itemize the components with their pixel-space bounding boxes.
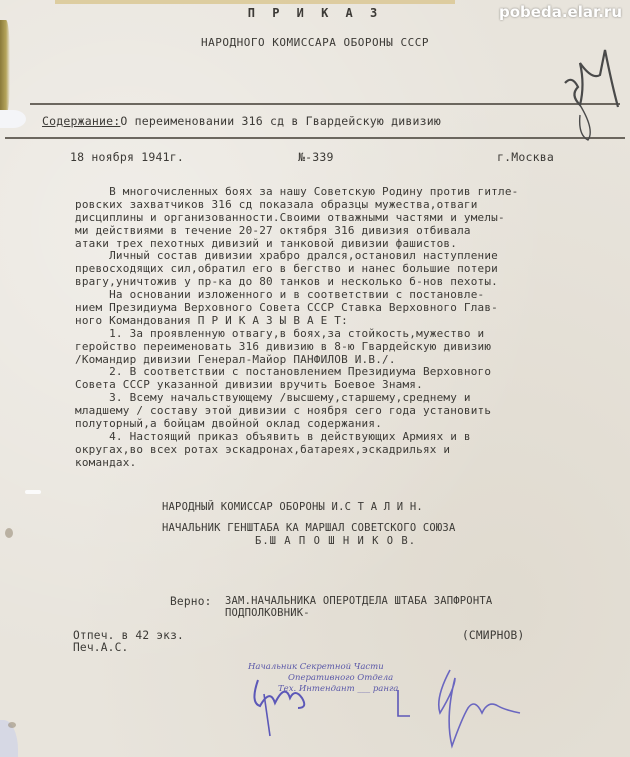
divider bbox=[5, 137, 625, 139]
copies-note: Отпеч. в 42 экз. bbox=[73, 630, 184, 641]
body-line: округах,во всех ротах эскадронах,батарея… bbox=[75, 444, 518, 457]
certification-line2: ПОДПОЛКОВНИК- bbox=[225, 608, 310, 619]
document-title: П Р И К А З bbox=[0, 8, 630, 19]
body-line: 1. За проявленную отвагу,в боях,за стойк… bbox=[75, 328, 518, 341]
body-line: В многочисленных боях за нашу Советскую … bbox=[75, 186, 518, 199]
subject-line: Содержание:О переименовании 316 сд в Гва… bbox=[42, 116, 441, 127]
order-number: №-339 bbox=[298, 152, 334, 163]
body-line: ного Командования П Р И К А З Ы В А Е Т: bbox=[75, 315, 518, 328]
top-edge-band bbox=[55, 0, 455, 4]
body-line: командах. bbox=[75, 457, 518, 470]
commissar-signature: НАРОДНЫЙ КОМИССАР ОБОРОНЫ И.С Т А Л И Н. bbox=[162, 502, 423, 513]
body-line: геройство переименовать 316 дивизию в 8-… bbox=[75, 341, 518, 354]
chief-name: Б.Ш А П О Ш Н И К О В. bbox=[255, 536, 416, 547]
document-page: pobeda.elar.ru П Р И К А З НАРОДНОГО КОМ… bbox=[0, 0, 630, 757]
body-line: 4. Настоящий приказ объявить в действующ… bbox=[75, 431, 518, 444]
chief-title: НАЧАЛЬНИК ГЕНШТАБА КА МАРШАЛ СОВЕТСКОГО … bbox=[162, 523, 455, 534]
edge-tear bbox=[0, 110, 26, 128]
order-date: 18 ноября 1941г. bbox=[70, 152, 184, 163]
body-line: полуторный,а бойцам двойной оклад содерж… bbox=[75, 418, 518, 431]
body-line: нием Президиума Верховного Совета СССР С… bbox=[75, 302, 518, 315]
subject-text: О переименовании 316 сд в Гвардейскую ди… bbox=[120, 114, 441, 128]
certifier-name: (СМИРНОВ) bbox=[462, 630, 524, 641]
edge-stain bbox=[0, 20, 10, 115]
order-place: г.Москва bbox=[497, 152, 554, 163]
typist-note: Печ.А.С. bbox=[73, 642, 128, 653]
subject-label: Содержание: bbox=[42, 114, 120, 128]
body-line: ровских захватчиков 316 сд показала обра… bbox=[75, 199, 518, 212]
paper-spot bbox=[5, 528, 13, 538]
ink-signature-icon bbox=[230, 658, 530, 757]
divider bbox=[30, 103, 620, 105]
order-body: В многочисленных боях за нашу Советскую … bbox=[75, 186, 518, 470]
body-line: дисциплины и организованности.Своими отв… bbox=[75, 212, 518, 225]
pencil-signature-icon bbox=[560, 45, 620, 145]
paper-damage bbox=[25, 490, 41, 494]
certification-line1: ЗАМ.НАЧАЛЬНИКА ОПЕРОТДЕЛА ШТАБА ЗАПФРОНТ… bbox=[225, 596, 492, 607]
document-subtitle: НАРОДНОГО КОМИССАРА ОБОРОНЫ СССР bbox=[0, 37, 630, 48]
paper-spot bbox=[8, 722, 16, 728]
body-line: ми действиями в течение 20-27 октября 31… bbox=[75, 225, 518, 238]
certification-label: Верно: bbox=[170, 596, 212, 607]
